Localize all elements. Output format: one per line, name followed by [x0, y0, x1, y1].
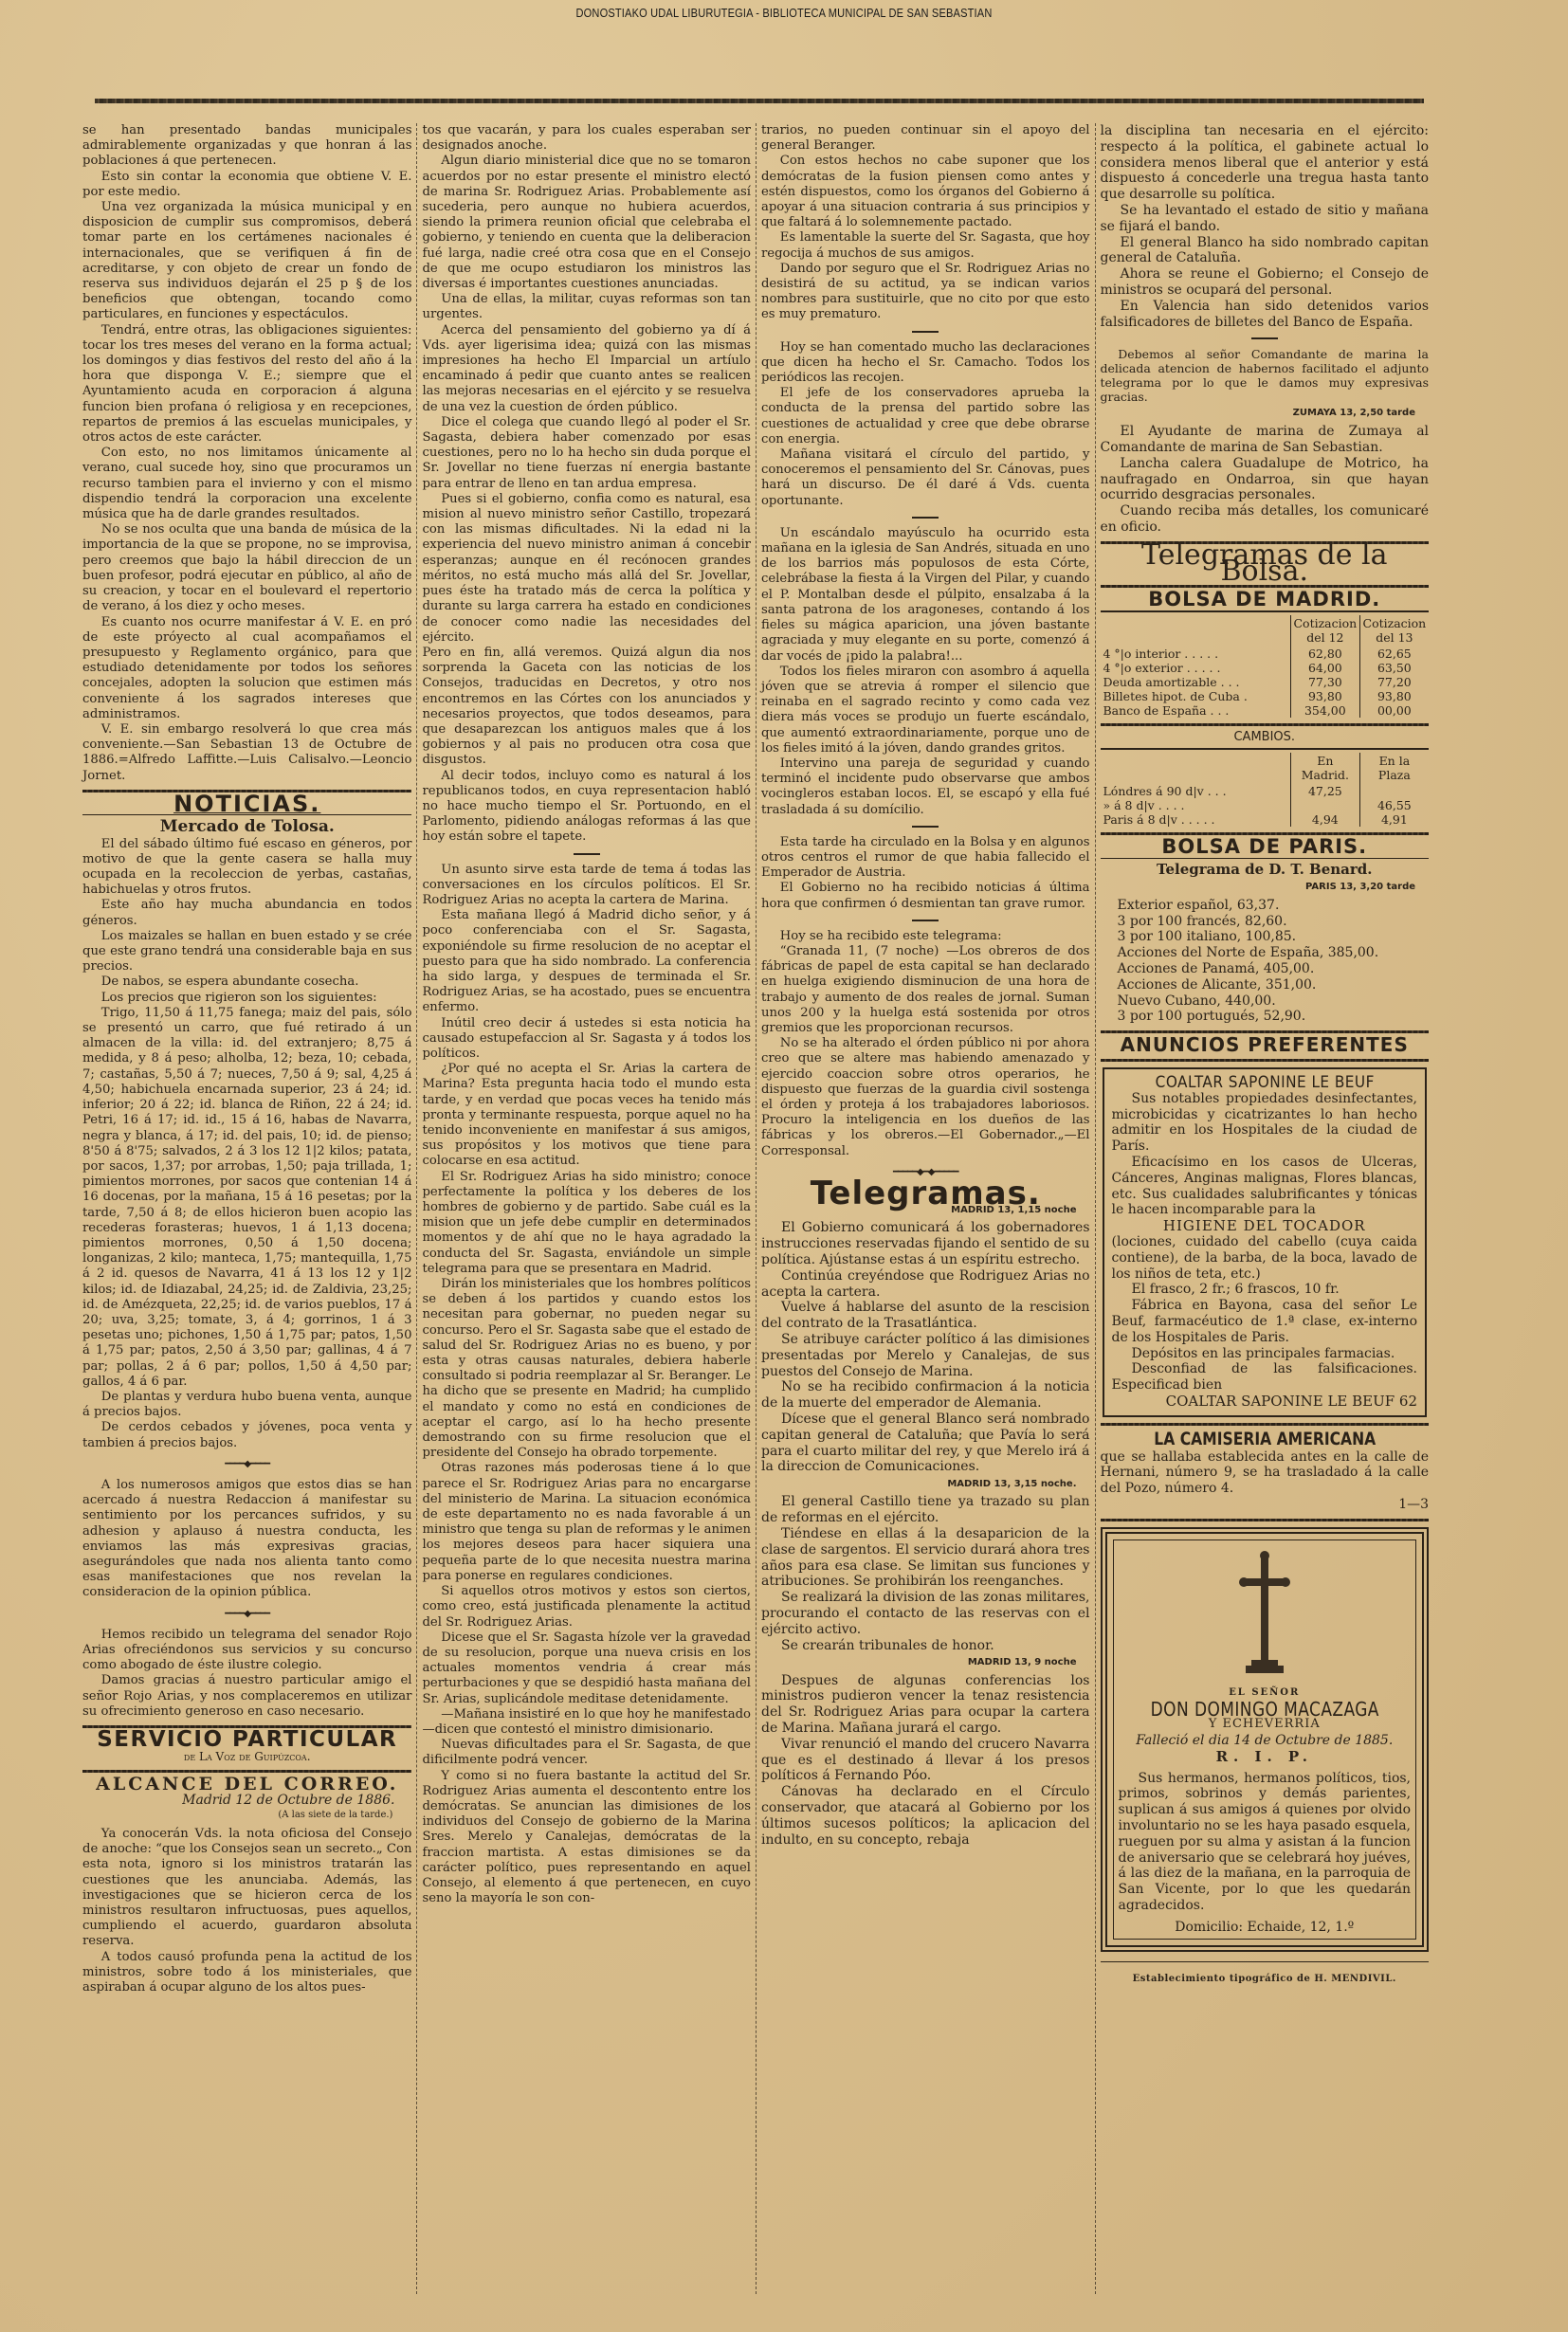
section-rule: [82, 1770, 411, 1773]
obituary-date: Falleció el dia 14 de Octubre de 1885.: [1119, 1733, 1412, 1749]
paragraph: El Gobierno comunicará á los gobernadore…: [761, 1220, 1090, 1267]
paragraph: Damos gracias á nuestro particular amigo…: [82, 1673, 411, 1720]
paragraph: Sus hermanos, hermanos políticos, tios, …: [1119, 1771, 1412, 1914]
paragraph: El del sábado último fué escaso en géner…: [82, 837, 411, 899]
library-banner: DONOSTIAKO UDAL LIBURUTEGIA - BIBLIOTECA…: [118, 6, 1450, 20]
paragraph: Esto sin contar la economia que obtiene …: [82, 170, 411, 200]
section-rule: [1101, 723, 1430, 726]
paragraph: Hoy se han comentado mucho las declaraci…: [761, 340, 1090, 387]
ad-title: COALTAR SAPONINE LE BEUF: [1127, 1075, 1402, 1091]
paris-quotes: Exterior español, 63,37. 3 por 100 franc…: [1101, 898, 1430, 1025]
section-rule: [1101, 858, 1430, 860]
list-item: 3 por 100 italiano, 100,85.: [1101, 929, 1430, 945]
column-1: se han presentado bandas municipales adm…: [78, 123, 416, 2294]
obituary-address: Domicilio: Echaide, 12, 1.º: [1119, 1920, 1412, 1936]
section-rule: [1101, 1519, 1430, 1521]
paragraph: El Sr. Rodriguez Arias ha sido ministro;…: [422, 1170, 751, 1277]
ad-reference: 1—3: [1101, 1497, 1430, 1513]
list-item: 3 por 100 portugués, 52,90.: [1101, 1009, 1430, 1025]
paragraph: Con esto, no nos limitamos únicamente al…: [82, 446, 411, 522]
list-item: Exterior español, 63,37.: [1101, 898, 1430, 914]
paragraph: Una vez organizada la música municipal y…: [82, 200, 411, 323]
paragraph: Dicese que el Sr. Sagasta hízole ver la …: [422, 1631, 751, 1707]
column-3: trarios, no pueden continuar sin el apoy…: [756, 123, 1095, 2294]
column-header: Cotizacion del 13: [1359, 615, 1429, 647]
paragraph: Tiéndese en ellas á la desaparicion de l…: [761, 1526, 1090, 1590]
cambios-heading: CAMBIOS.: [1101, 730, 1430, 746]
paragraph: Vuelve á hablarse del asunto de la resci…: [761, 1300, 1090, 1332]
table-row: 4 °|o interior . . . . . 62,80 62,65: [1101, 647, 1430, 661]
table-row: Lóndres á 90 d|v . . . 47,25: [1101, 784, 1430, 798]
paragraph: “Granada 11, (7 noche) —Los obreros de d…: [761, 944, 1090, 1036]
paragraph: que se hallaba establecida antes en la c…: [1101, 1449, 1430, 1497]
paragraph: El jefe de los conservadores aprueba la …: [761, 386, 1090, 447]
bolsa-madrid-table: Cotizacion del 12 Cotizacion del 13 4 °|…: [1101, 615, 1430, 718]
table-row: Deuda amortizable . . . 77,30 77,20: [1101, 675, 1430, 689]
paragraph: Tendrá, entre otras, las obligaciones si…: [82, 323, 411, 446]
paragraph: —Mañana insistiré en lo que hoy he manif…: [422, 1707, 751, 1738]
paragraph: Nuevas dificultades para el Sr. Sagasta,…: [422, 1738, 751, 1768]
section-rule: [1101, 1961, 1430, 1963]
paragraph: A los numerosos amigos que estos dias se…: [82, 1478, 411, 1601]
paragraph: Esta mañana llegó á Madrid dicho señor, …: [422, 908, 751, 1015]
paragraph: Debemos al señor Comandante de marina la…: [1101, 347, 1430, 404]
paragraph: Se ha levantado el estado de sitio y mañ…: [1101, 203, 1430, 235]
paragraph: trarios, no pueden continuar sin el apoy…: [761, 123, 1090, 154]
section-rule: [1101, 610, 1430, 612]
paragraph: Un asunto sirve esta tarde de tema á tod…: [422, 863, 751, 909]
paragraph: Inútil creo decir á ustedes si esta noti…: [422, 1016, 751, 1063]
cross-icon: [1119, 1543, 1412, 1685]
paragraph: V. E. sin embargo resolverá lo que crea …: [82, 722, 411, 784]
ad-signature: COALTAR SAPONINE LE BEUF 62: [1112, 1394, 1418, 1410]
paragraph: Eficacísimo en los casos de Ulceras, Cán…: [1112, 1155, 1418, 1218]
paragraph: se han presentado bandas municipales adm…: [82, 123, 411, 170]
paragraph: Pero en fin, allá veremos. Quizá algun d…: [422, 646, 751, 769]
paragraph: Ya conocerán Vds. la nota oficiosa del C…: [82, 1827, 411, 1950]
paragraph: Otras razones más poderosas tiene á lo q…: [422, 1461, 751, 1584]
paragraph: Continúa creyéndose que Rodriguez Arias …: [761, 1268, 1090, 1301]
noticias-heading: NOTICIAS.: [82, 796, 411, 811]
paragraph: Un escándalo mayúsculo ha ocurrido esta …: [761, 526, 1090, 665]
short-divider: [912, 517, 939, 519]
table-row: Billetes hipot. de Cuba . 93,80 93,80: [1101, 689, 1430, 703]
paragraph: Sus notables propiedades desinfectantes,…: [1112, 1091, 1418, 1155]
paragraph: Mañana visitará el círculo del partido, …: [761, 447, 1090, 509]
paragraph: tos que vacarán, y para los cuales esper…: [422, 123, 751, 154]
list-item: Nuevo Cubano, 440,00.: [1101, 993, 1430, 1010]
dateline: PARIS 13, 3,20 tarde: [1101, 880, 1430, 896]
list-item: Acciones de Panamá, 405,00.: [1101, 961, 1430, 977]
paragraph: Dirán los ministeriales que los hombres …: [422, 1277, 751, 1461]
list-item: Acciones del Norte de España, 385,00.: [1101, 945, 1430, 961]
paragraph: El general Castillo tiene ya trazado su …: [761, 1494, 1090, 1526]
column-2: tos que vacarán, y para los cuales esper…: [416, 123, 756, 2294]
obituary-rip: R. I. P.: [1119, 1749, 1412, 1765]
paragraph: No se ha recibido confirmacion á la noti…: [761, 1379, 1090, 1412]
paragraph: Hoy se ha recibido este telegrama:: [761, 929, 1090, 944]
paragraph: Los maizales se hallan en buen estado y …: [82, 929, 411, 975]
paragraph: Desconfiad de las falsificaciones. Espec…: [1112, 1361, 1418, 1394]
paragraph: En Valencia han sido detenidos varios fa…: [1101, 299, 1430, 331]
paragraph: Y como si no fuera bastante la actitud d…: [422, 1769, 751, 1907]
column-header: En Madrid.: [1290, 753, 1359, 784]
top-rule: [95, 99, 1424, 103]
paragraph: El Ayudante de marina de Zumaya al Coman…: [1101, 424, 1430, 456]
servicio-heading: SERVICIO PARTICULAR: [82, 1732, 411, 1747]
newspaper-page: se han presentado bandas municipales adm…: [78, 123, 1433, 2294]
table-row: 4 °|o exterior . . . . . 64,00 63,50: [1101, 661, 1430, 675]
anuncios-heading: ANUNCIOS PREFERENTES: [1101, 1037, 1430, 1053]
table-row: Banco de España . . . 354,00 00,00: [1101, 703, 1430, 718]
paragraph: la disciplina tan necesaria en el ejérci…: [1101, 123, 1430, 203]
bolsa-paris-heading: BOLSA DE PARIS.: [1101, 839, 1430, 855]
cambios-table: En Madrid. En la Plaza Lóndres á 90 d|v …: [1101, 753, 1430, 827]
ornament-divider: ━━━━◆━━━━: [82, 1607, 411, 1622]
short-divider: [912, 920, 939, 921]
paragraph: A todos causó profunda pena la actitud d…: [82, 1950, 411, 1996]
paragraph: Este año hay mucha abundancia en todos g…: [82, 898, 411, 928]
short-divider: [912, 331, 939, 333]
paragraph: Ahora se reune el Gobierno; el Consejo d…: [1101, 266, 1430, 299]
bolsa-madrid-heading: BOLSA DE MADRID.: [1101, 592, 1430, 608]
paragraph: (lociones, cuidado del cabello (cuya cai…: [1112, 1234, 1418, 1282]
short-divider: [574, 853, 600, 855]
paragraph: Con estos hechos no cabe suponer que los…: [761, 154, 1090, 230]
printer-imprint: Establecimiento tipográfico de H. MENDIV…: [1101, 1972, 1430, 1988]
paragraph: Depósitos en las principales farmacias.: [1112, 1346, 1418, 1362]
ad-subtitle: HIGIENE DEL TOCADOR: [1112, 1218, 1418, 1234]
table-row: » á 8 d|v . . . . 46,55: [1101, 798, 1430, 812]
paragraph: ¿Por qué no acepta el Sr. Arias la carte…: [422, 1062, 751, 1169]
paragraph: Despues de algunas conferencias los mini…: [761, 1673, 1090, 1737]
paragraph: Una de ellas, la militar, cuyas reformas…: [422, 292, 751, 322]
paragraph: Lancha calera Guadalupe de Motrico, ha n…: [1101, 456, 1430, 503]
column-4: la disciplina tan necesaria en el ejérci…: [1095, 123, 1434, 2294]
dateline: Madrid 12 de Octubre de 1886.: [82, 1793, 411, 1808]
obituary-notice: EL SEÑOR DON DOMINGO MACAZAGA Y ECHEVERR…: [1101, 1527, 1430, 1952]
column-header: En la Plaza: [1359, 753, 1429, 784]
dateline: MADRID 13, 9 noche: [761, 1655, 1090, 1670]
paragraph: Todos los fieles miraron con asombro á a…: [761, 665, 1090, 756]
table-row: Paris á 8 d|v . . . . . 4,94 4,91: [1101, 812, 1430, 827]
mercado-heading: Mercado de Tolosa.: [82, 819, 411, 834]
paragraph: Se realizará la division de las zonas mi…: [761, 1590, 1090, 1637]
paragraph: No se ha alterado el órden público ni po…: [761, 1036, 1090, 1159]
paragraph: Se crearán tribunales de honor.: [761, 1638, 1090, 1654]
paragraph: Es cuanto nos ocurre manifestar á V. E. …: [82, 615, 411, 722]
paragraph: De nabos, se espera abundante cosecha.: [82, 975, 411, 990]
benard-heading: Telegrama de D. T. Benard.: [1101, 862, 1430, 878]
section-rule: [1101, 1059, 1430, 1062]
coaltar-advertisement: COALTAR SAPONINE LE BEUF Sus notables pr…: [1103, 1067, 1428, 1417]
paragraph: El frasco, 2 fr.; 6 frascos, 10 fr.: [1112, 1282, 1418, 1298]
paragraph: Cánovas ha declarado en el Círculo conse…: [761, 1784, 1090, 1848]
paragraph: No se nos oculta que una banda de música…: [82, 522, 411, 614]
paragraph: Si aquellos otros motivos y estos son ci…: [422, 1584, 751, 1631]
paragraph: El Gobierno no ha recibido noticias á úl…: [761, 881, 1090, 911]
paragraph: Algun diario ministerial dice que no se …: [422, 154, 751, 292]
paragraph: Vivar renunció el mando del crucero Nava…: [761, 1737, 1090, 1784]
bolsa-heading: Telegramas de la Bolsa.: [1101, 548, 1430, 580]
paragraph: Se atribuye carácter político á las dimi…: [761, 1332, 1090, 1379]
paragraph: Dice el colega que cuando llegó al poder…: [422, 415, 751, 492]
dateline: ZUMAYA 13, 2,50 tarde: [1101, 406, 1430, 422]
price-list: Trigo, 11,50 á 11,75 fanega; maiz del pa…: [82, 1006, 411, 1390]
short-divider: [912, 826, 939, 828]
alcance-heading: ALCANCE DEL CORREO.: [82, 1776, 411, 1792]
paragraph: De cerdos cebados y jóvenes, poca venta …: [82, 1420, 411, 1450]
ornament-divider: ━━━━◆━━━━: [82, 1457, 411, 1472]
paragraph: Hemos recibido un telegrama del senador …: [82, 1628, 411, 1674]
paragraph: Los precios que rigieron son los siguien…: [82, 991, 411, 1006]
dateline-time: (A las siete de la tarde.): [82, 1808, 411, 1823]
list-item: Acciones de Alicante, 351,00.: [1101, 977, 1430, 993]
section-rule: [1101, 1423, 1430, 1426]
column-header: Cotizacion del 12: [1290, 615, 1359, 647]
section-rule: [1101, 748, 1430, 750]
paragraph: Esta tarde ha circulado en la Bolsa y en…: [761, 835, 1090, 882]
paragraph: Acerca del pensamiento del gobierno ya d…: [422, 323, 751, 415]
obituary-name: DON DOMINGO MACAZAGA: [1140, 1702, 1389, 1718]
paragraph: Cuando reciba más detalles, los comunica…: [1101, 503, 1430, 536]
short-divider: [1251, 337, 1278, 339]
paragraph: Es lamentable la suerte del Sr. Sagasta,…: [761, 230, 1090, 261]
paragraph: Al decir todos, incluyo como es natural …: [422, 769, 751, 846]
paragraph: Pues si el gobierno, confia como es natu…: [422, 492, 751, 646]
paragraph: De plantas y verdura hubo buena venta, a…: [82, 1390, 411, 1420]
list-item: 3 por 100 francés, 82,60.: [1101, 914, 1430, 930]
paragraph: Dando por seguro que el Sr. Rodriguez Ar…: [761, 262, 1090, 323]
dateline: MADRID 13, 3,15 noche.: [761, 1477, 1090, 1492]
paragraph: Dícese que el general Blanco será nombra…: [761, 1412, 1090, 1475]
camiseria-heading: LA CAMISERIA AMERICANA: [1130, 1431, 1399, 1448]
paragraph: Intervino una pareja de seguridad y cuan…: [761, 756, 1090, 818]
telegramas-heading: Telegramas.: [761, 1186, 1090, 1201]
paragraph: El general Blanco ha sido nombrado capit…: [1101, 235, 1430, 267]
paragraph: Fábrica en Bayona, casa del señor Le Beu…: [1112, 1298, 1418, 1345]
